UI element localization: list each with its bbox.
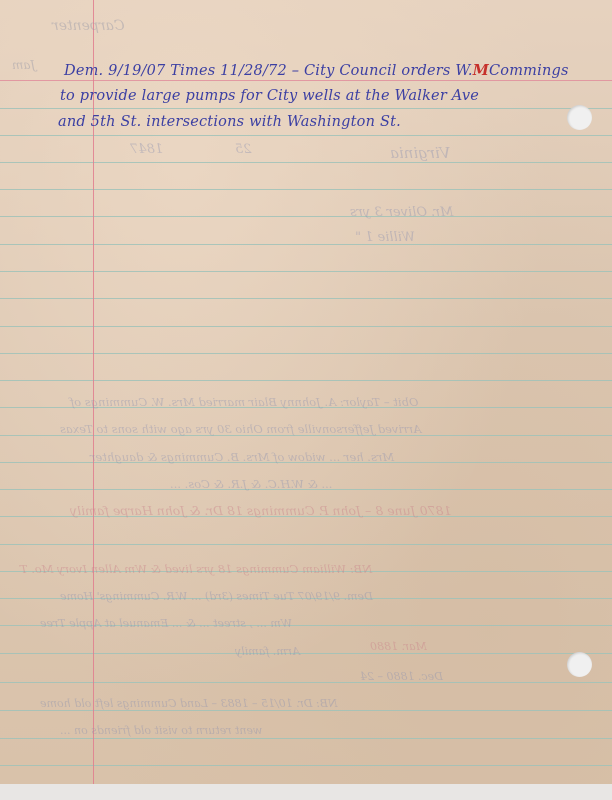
red-correction-mark: M [473,62,489,79]
bleed-block2-line: Wm ... , street ... & ... Emanuel at App… [40,617,292,630]
note-line-1-text: Dem. 9/19/07 Times 11/28/72 – City Counc… [64,63,473,79]
note-line-1: Dem. 9/19/07 Times 11/28/72 – City Counc… [64,62,569,79]
bleed-pencil-heading: Carpenter [52,18,125,34]
bleed-block1-line: Obit – Taylor: A. Johnny Blair married M… [70,395,418,409]
ruled-line [0,710,612,711]
bleed-year: 1847 [130,142,163,157]
note-line-2: to provide large pumps for City wells at… [60,88,479,104]
bleed-block2-line: NB: William Cummings 18 yrs lived & Wm A… [20,562,372,576]
scanner-bed-edge [0,784,612,800]
ruled-line [0,765,612,766]
note-line-3: and 5th St. intersections with Washingto… [58,114,401,130]
ruled-line [0,244,612,245]
ruled-line [0,682,612,683]
ruled-line [0,298,612,299]
ruled-line [0,738,612,739]
bleed-block1-line: 1870 June 8 – John P. Cummings 18 Dr. & … [70,503,451,518]
bleed-block2-line: Dem. 9/19/07 Tue Times (3rd) ... W.R. Cu… [60,590,373,603]
ruled-line [0,653,612,654]
bleed-block2-line: Arm. family [235,645,300,658]
header-rule [0,80,612,81]
ruled-line [0,326,612,327]
bleed-block1-line: Arrived Jeffersonville from Ohio 30 yrs … [60,422,421,436]
notebook-page: Carpenter Jam 1847 25 Virginia Mr. Olive… [0,0,612,784]
bleed-row-b: Mr. Oliver 3 yrs [350,205,453,220]
ruled-line [0,271,612,272]
punch-hole-bottom [567,652,592,677]
ruled-line [0,108,612,109]
ruled-line [0,216,612,217]
ruled-line [0,135,612,136]
punch-hole-top [567,105,592,130]
ruled-line [0,380,612,381]
bleed-state: Virginia [390,144,450,162]
ruled-line [0,353,612,354]
ruled-line [0,189,612,190]
bleed-pencil-left: Jam [12,58,35,72]
bleed-block2-line: Mar. 1880 [370,640,427,653]
bleed-block1-line: Mrs. her ... widow of Mrs. B. Cummings &… [90,450,394,464]
ruled-line [0,162,612,163]
bleed-row-c: Willie 1 " [355,230,415,245]
bleed-block2-line: went return to visit old friends on ... [60,724,262,737]
bleed-block1-line: ... & W.H.C. & J.R. & Cos. ... [170,477,332,491]
bleed-age: 25 [235,142,252,157]
ruled-line [0,544,612,545]
bleed-block2-line: NB: Dr. 10/15 – 1883 – Land Cummings lef… [40,697,337,710]
note-line-1-name: Commings [489,63,569,79]
bleed-block2-line: Dec. 1880 – 24 [360,670,443,683]
